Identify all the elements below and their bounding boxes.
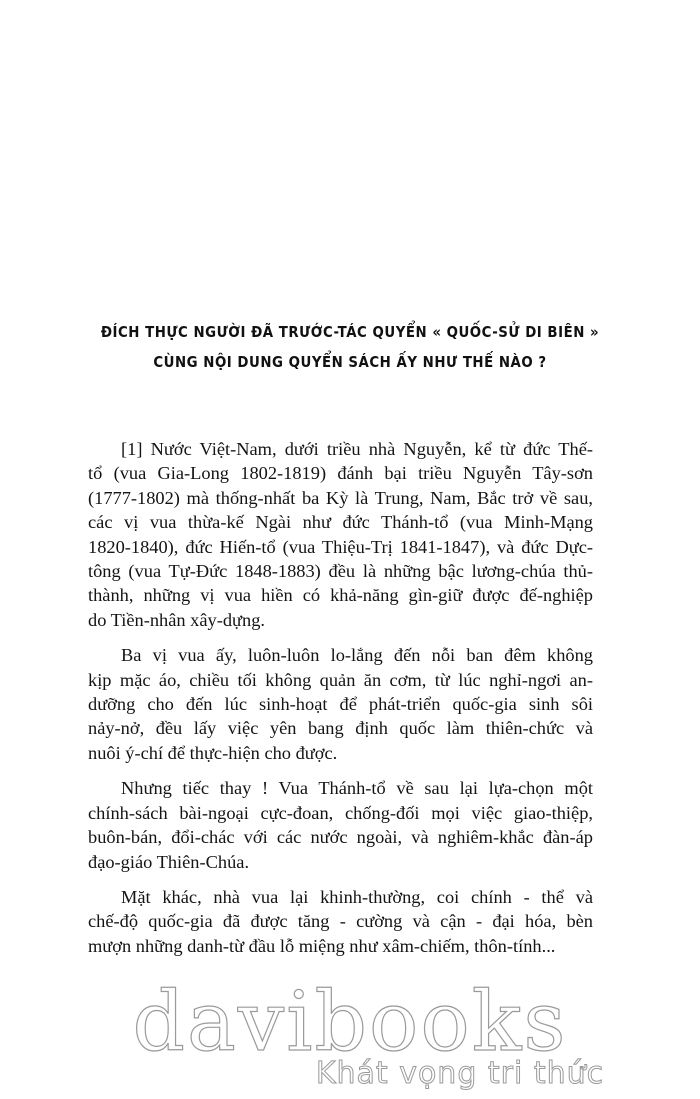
text-line: 1820-1840), đức Hiến-tổ (vua Thiệu-Trị 1… <box>88 535 593 559</box>
text-line: tổ (vua Gia-Long 1802-1819) đánh bại tri… <box>88 461 593 485</box>
text-line: (1777-1802) mà thống-nhất ba Kỳ là Trung… <box>88 486 593 510</box>
paragraph-1: [1] Nước Việt-Nam, dưới triều nhà Nguyễn… <box>88 437 593 632</box>
paragraph-2: Ba vị vua ấy, luôn-luôn lo-lắng đến nỗi … <box>88 643 593 765</box>
text-line: chế-độ quốc-gia đã được tăng - cường và … <box>88 909 593 933</box>
text-line: nảy-nở, đều lấy việc yên bang định quốc … <box>88 716 593 740</box>
body-text: [1] Nước Việt-Nam, dưới triều nhà Nguyễn… <box>88 437 593 969</box>
text-line: Mặt khác, nhà vua lại khinh-thường, coi … <box>88 885 593 909</box>
text-line: tông (vua Tự-Đức 1848-1883) đều là những… <box>88 559 593 583</box>
text-line: Nhưng tiếc thay ! Vua Thánh-tổ về sau lạ… <box>88 776 593 800</box>
text-line: các vị vua thừa-kế Ngài như đức Thánh-tổ… <box>88 510 593 534</box>
text-line: chính-sách bài-ngoại cực-đoan, chống-đối… <box>88 801 593 825</box>
chapter-heading-line-2: CÙNG NỘI DUNG QUYỂN SÁCH ẤY NHƯ THẾ NÀO … <box>49 347 651 377</box>
text-line: thành, những vị vua hiền có khả-năng gìn… <box>88 583 593 607</box>
text-line: buôn-bán, đổi-chác với các nước ngoài, v… <box>88 825 593 849</box>
text-line: dưỡng cho đến lúc sinh-hoạt để phát-triể… <box>88 692 593 716</box>
text-line: đạo-giáo Thiên-Chúa. <box>88 850 593 874</box>
text-line: kịp mặc áo, chiều tối không quản ăn cơm,… <box>88 668 593 692</box>
text-line: nuôi ý-chí để thực-hiện cho được. <box>88 741 593 765</box>
book-page: ĐÍCH THỰC NGƯỜI ĐÃ TRƯỚC-TÁC QUYỂN « QUỐ… <box>0 0 700 1099</box>
paragraph-4: Mặt khác, nhà vua lại khinh-thường, coi … <box>88 885 593 958</box>
text-line: do Tiền-nhân xây-dựng. <box>88 608 593 632</box>
text-line: Ba vị vua ấy, luôn-luôn lo-lắng đến nỗi … <box>88 643 593 667</box>
paragraph-3: Nhưng tiếc thay ! Vua Thánh-tổ về sau lạ… <box>88 776 593 874</box>
watermark-brand: davibooks <box>0 978 700 1068</box>
chapter-heading: ĐÍCH THỰC NGƯỜI ĐÃ TRƯỚC-TÁC QUYỂN « QUỐ… <box>49 317 651 377</box>
text-line: [1] Nước Việt-Nam, dưới triều nhà Nguyễn… <box>88 437 593 461</box>
text-line: mượn những danh-từ đầu lỗ miệng như xâm-… <box>88 934 593 958</box>
watermark-tagline: Khát vọng tri thức <box>110 1056 700 1092</box>
chapter-heading-line-1: ĐÍCH THỰC NGƯỜI ĐÃ TRƯỚC-TÁC QUYỂN « QUỐ… <box>49 317 651 347</box>
